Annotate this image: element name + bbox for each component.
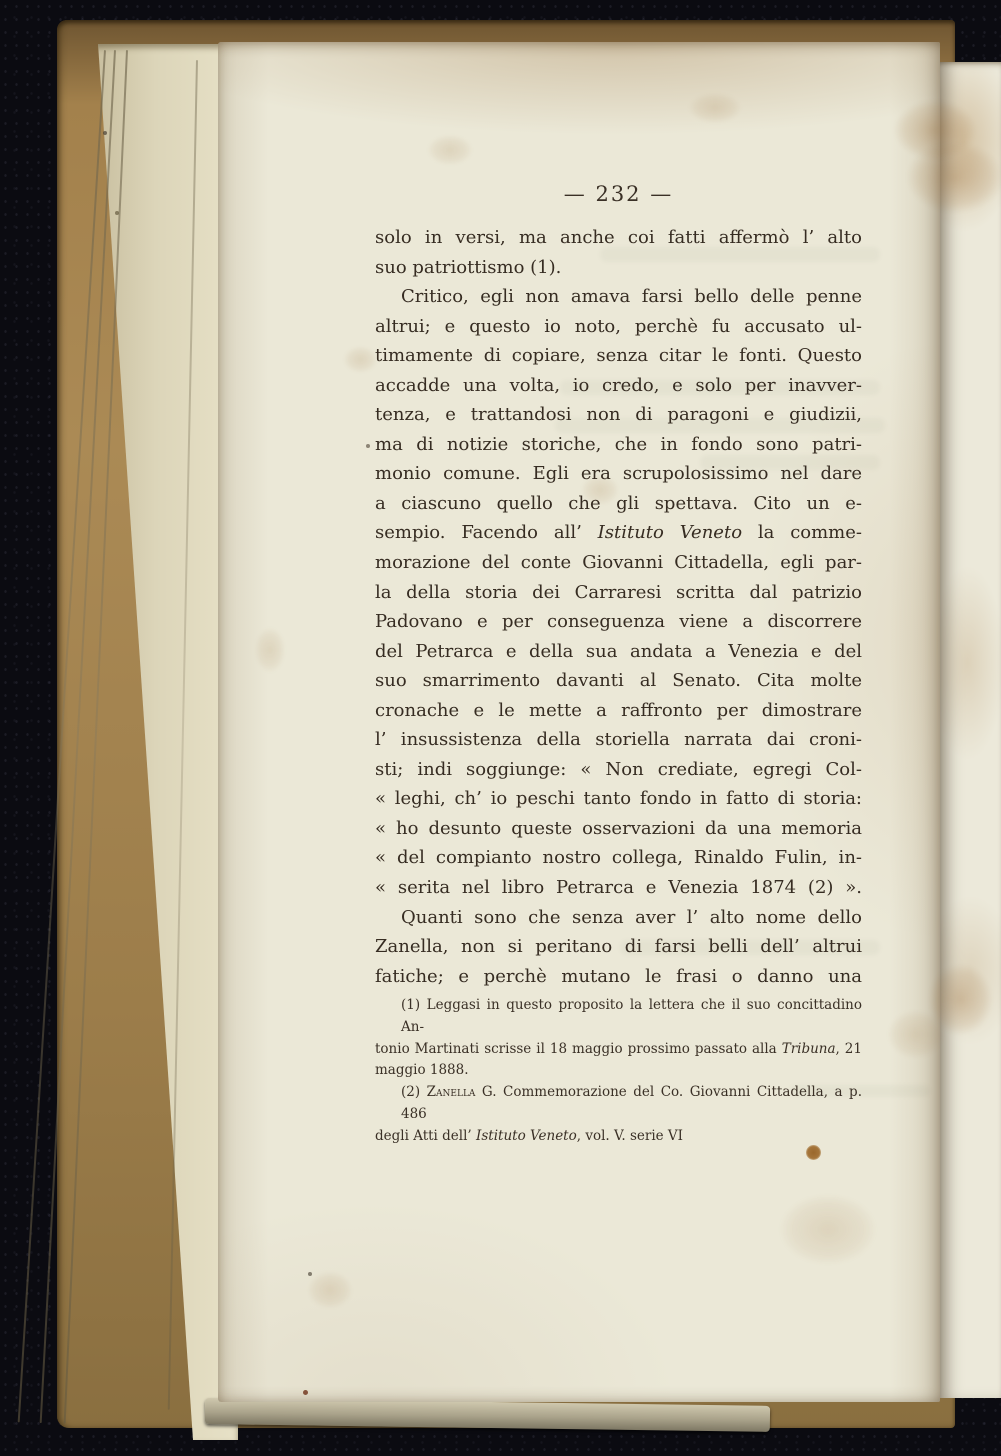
page-number: — 232 —	[375, 182, 862, 206]
text-line: Critico, egli non amava farsi bello dell…	[375, 282, 862, 312]
footnotes: (1) Leggasi in questo proposito la lette…	[375, 995, 862, 1148]
text-line: accadde una volta, io credo, e solo per …	[375, 371, 862, 401]
text-line: la della storia dei Carraresi scritta da…	[375, 578, 862, 608]
text-line: Quanti sono che senza aver l’ alto nome …	[375, 903, 862, 933]
paper-speck	[103, 131, 107, 135]
text-line: (2) Zanella G. Commemorazione del Co. Gi…	[375, 1082, 862, 1126]
text-line: Padovano e per conseguenza viene a disco…	[375, 607, 862, 637]
text-line: a ciascuno quello che gli spettava. Cito…	[375, 489, 862, 519]
book-photo: — 232 — solo in versi, ma anche coi fatt…	[0, 0, 1001, 1456]
text-line: cronache e le mette a raffronto per dimo…	[375, 696, 862, 726]
text-line: l’ insussistenza della storiella narrata…	[375, 725, 862, 755]
text-line: morazione del conte Giovanni Cittadella,…	[375, 548, 862, 578]
text-line: timamente di copiare, senza citar le fon…	[375, 341, 862, 371]
text-line: (1) Leggasi in questo proposito la lette…	[375, 995, 862, 1039]
body-text: solo in versi, ma anche coi fatti afferm…	[375, 223, 862, 991]
paper-speck	[115, 211, 119, 215]
text-line: « serita nel libro Petrarca e Venezia 18…	[375, 873, 862, 903]
text-line: tenza, e trattandosi non di paragoni e g…	[375, 400, 862, 430]
text-line: ma di notizie storiche, che in fondo son…	[375, 430, 862, 460]
text-line: altrui; e questo io noto, perchè fu accu…	[375, 312, 862, 342]
text-line: tonio Martinati scrisse il 18 maggio pro…	[375, 1039, 862, 1061]
text-line: sempio. Facendo all’ Istituto Veneto la …	[375, 518, 862, 548]
text-line: suo smarrimento davanti al Senato. Cita …	[375, 666, 862, 696]
text-line: suo patriottismo (1).	[375, 253, 862, 283]
text-line: fatiche; e perchè mutano le frasi o dann…	[375, 962, 862, 992]
book-page: — 232 — solo in versi, ma anche coi fatt…	[218, 42, 940, 1402]
text-line: « leghi, ch’ io peschi tanto fondo in fa…	[375, 784, 862, 814]
text-line: solo in versi, ma anche coi fatti afferm…	[375, 223, 862, 253]
text-line: Zanella, non si peritano di farsi belli …	[375, 932, 862, 962]
text-line: del Petrarca e della sua andata a Venezi…	[375, 637, 862, 667]
text-line: maggio 1888.	[375, 1060, 862, 1082]
text-line: sti; indi soggiunge: « Non crediate, egr…	[375, 755, 862, 785]
text-line: « ho desunto queste osservazioni da una …	[375, 814, 862, 844]
facing-page	[940, 62, 1001, 1398]
text-line: degli Atti dell’ Istituto Veneto, vol. V…	[375, 1126, 862, 1148]
text-line: « del compianto nostro collega, Rinaldo …	[375, 843, 862, 873]
text-line: monio comune. Egli era scrupolosissimo n…	[375, 459, 862, 489]
